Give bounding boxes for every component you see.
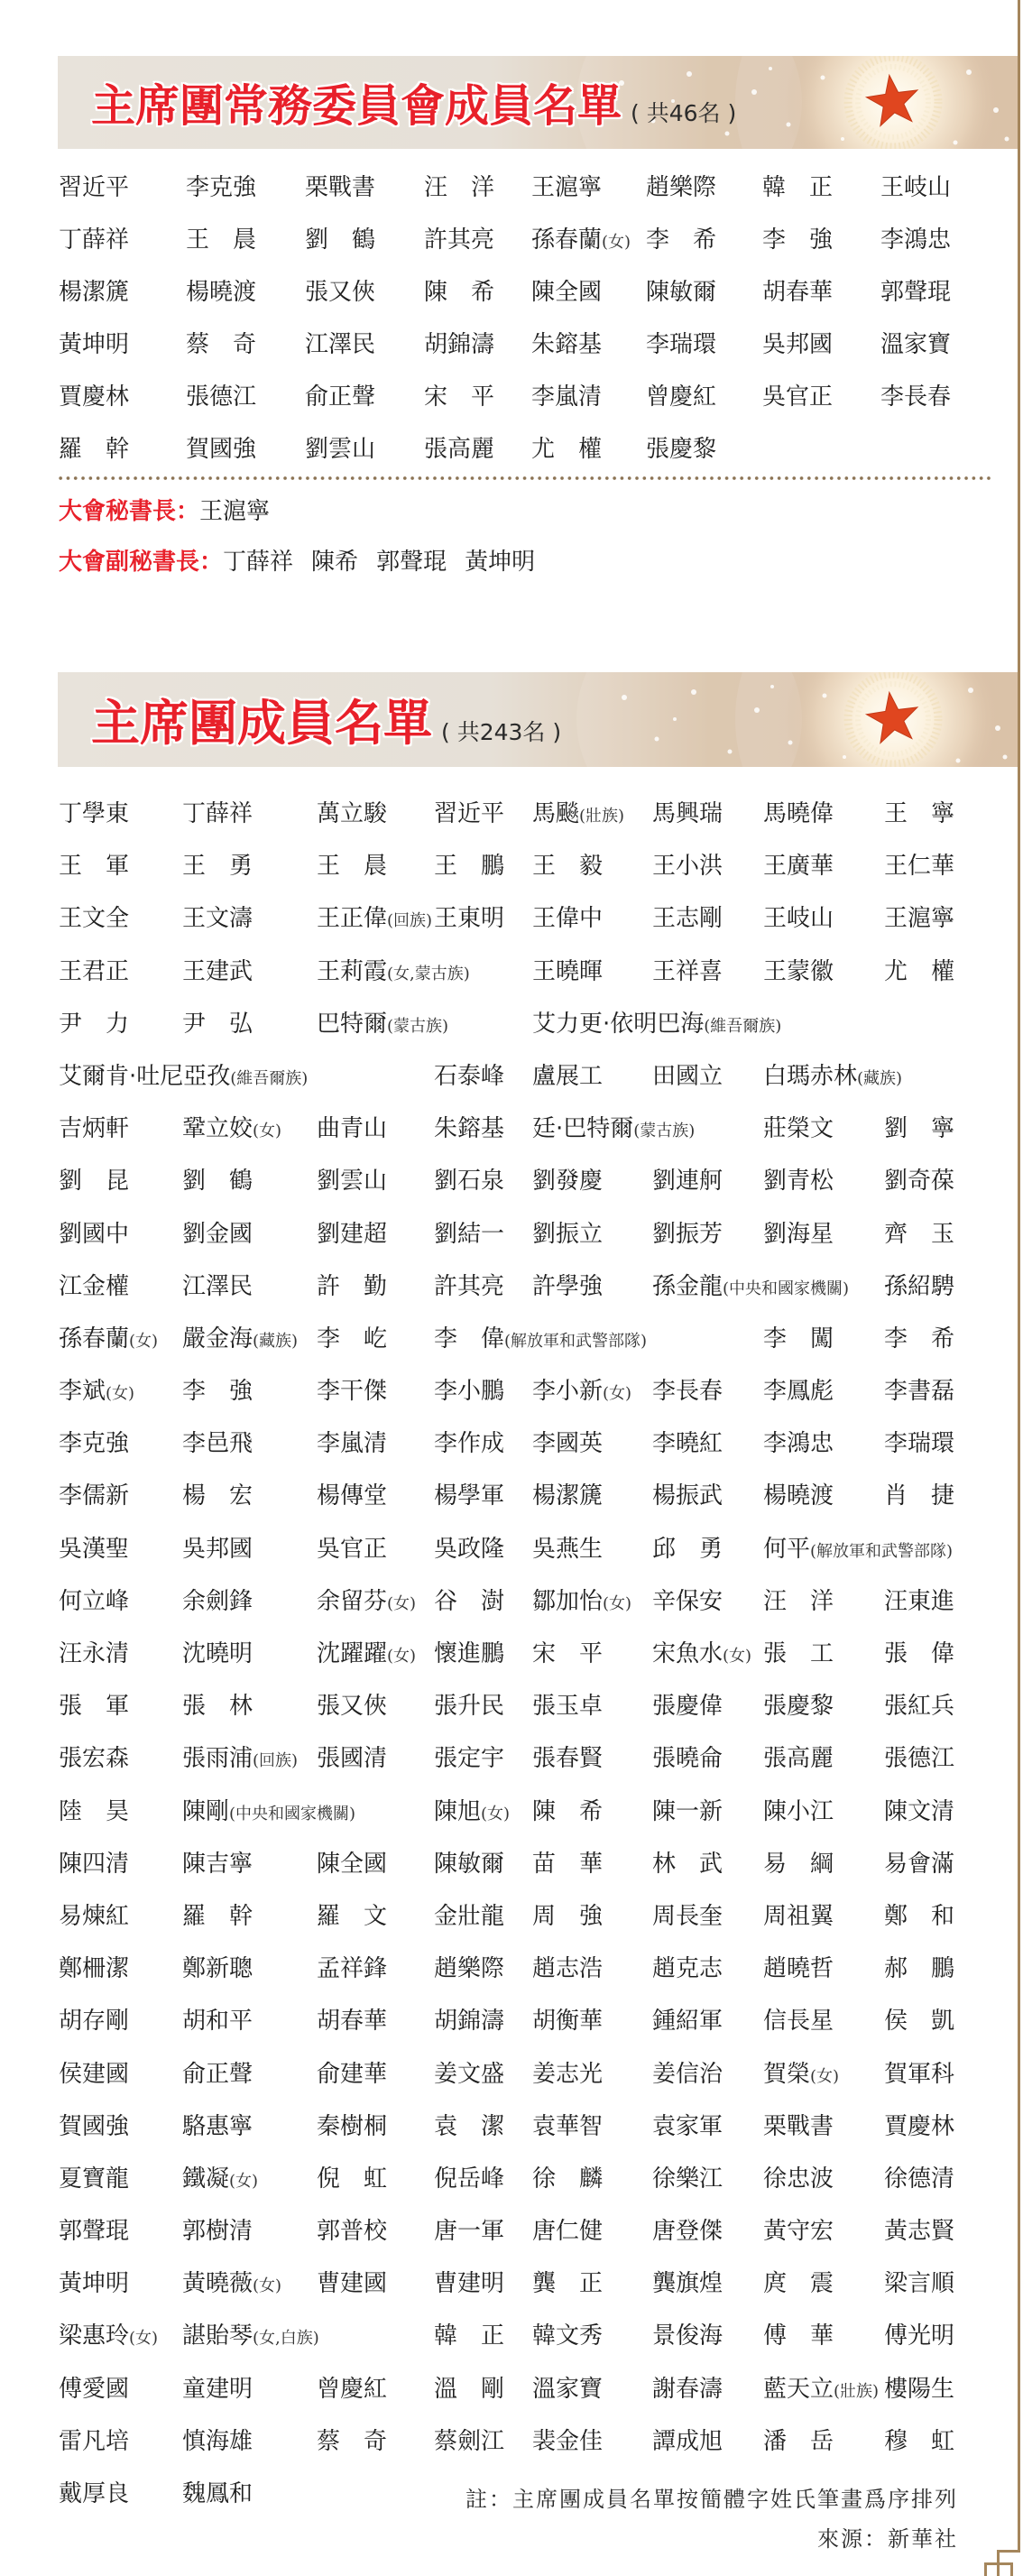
- member-name: 劉石泉: [434, 1168, 504, 1195]
- member-name: 劉 昆: [59, 1168, 129, 1195]
- member-cell: 江金權: [59, 1260, 129, 1313]
- member-name: 王正偉: [317, 905, 387, 932]
- member-cell: 楊振武: [652, 1470, 723, 1522]
- member-cell: 胡春華: [317, 1995, 387, 2047]
- member-name: 李邑飛: [182, 1430, 253, 1457]
- member-cell: 李 強: [182, 1365, 253, 1417]
- member-name: 吳官正: [762, 383, 833, 411]
- member-annotation: (中央和國家機關): [723, 1279, 849, 1298]
- member-cell: 張 軍: [59, 1680, 129, 1732]
- member-cell: 陳四清: [59, 1838, 129, 1890]
- member-name: 汪東進: [884, 1588, 954, 1615]
- member-name: 鄭柵潔: [59, 1955, 129, 1982]
- deputy-secretaries-label: 大會副秘書長: [59, 549, 199, 576]
- member-name: 孟祥鋒: [317, 1955, 387, 1982]
- member-annotation: (女): [253, 1122, 281, 1140]
- member-name: 張慶黎: [763, 1693, 834, 1720]
- member-name: 裴金佳: [532, 2428, 603, 2455]
- member-annotation: (藏族): [857, 1069, 902, 1088]
- member-name: 陳 希: [424, 279, 494, 306]
- member-cell: 尤 權: [531, 423, 602, 475]
- member-cell: 姜信治: [652, 2048, 723, 2101]
- member-name: 張高麗: [424, 436, 494, 463]
- name-row: 張 軍張 林張又俠張升民張玉卓張慶偉張慶黎張紅兵: [0, 1680, 1023, 1732]
- member-name: 莊榮文: [763, 1115, 834, 1142]
- member-name: 吳漢聖: [59, 1536, 129, 1563]
- name-row: 梁惠玲(女)諶貽琴(女,白族)韓 正韓文秀景俊海傅 華傅光明: [0, 2310, 1023, 2362]
- member-cell: 李克強: [186, 162, 256, 214]
- member-cell: 周長奎: [652, 1890, 723, 1943]
- member-cell: 劉振芳: [652, 1208, 723, 1260]
- member-name: 駱惠寧: [182, 2113, 253, 2140]
- member-cell: 黃坤明: [59, 319, 129, 371]
- member-cell: 趙克志: [652, 1943, 723, 1995]
- member-name: 侯建國: [59, 2061, 129, 2088]
- member-name: 王莉霞: [317, 958, 387, 985]
- member-cell: 邱 勇: [652, 1523, 723, 1575]
- member-cell: 鄭 和: [884, 1890, 954, 1943]
- member-cell: 俞正聲: [182, 2048, 253, 2101]
- member-cell: 劉奇葆: [884, 1155, 954, 1207]
- name-row: 王 軍王 勇王 晨王 鵬王 毅王小洪王廣華王仁華: [0, 840, 1023, 892]
- member-name: 曹建國: [317, 2270, 387, 2297]
- member-cell: 周 強: [532, 1890, 603, 1943]
- member-cell: 郭樹清: [182, 2205, 253, 2257]
- member-name: 楊曉渡: [186, 279, 256, 306]
- name-row: 劉 昆劉 鶴劉雲山劉石泉劉發慶劉連舸劉青松劉奇葆: [0, 1155, 1023, 1207]
- member-cell: 李小新(女): [532, 1365, 631, 1417]
- member-name: 習近平: [434, 800, 504, 827]
- member-name: 李 偉: [434, 1325, 504, 1353]
- member-name: 李瑞環: [884, 1430, 954, 1457]
- member-name: 蔡 奇: [317, 2428, 387, 2455]
- member-cell: 賀軍科: [884, 2048, 954, 2101]
- member-cell: 許學強: [532, 1260, 603, 1313]
- member-cell: 趙樂際: [434, 1943, 504, 1995]
- member-cell: 王岐山: [880, 162, 951, 214]
- member-cell: 汪 洋: [424, 162, 494, 214]
- member-cell: 孫春蘭(女): [531, 214, 631, 266]
- member-name: 金壯龍: [434, 1903, 504, 1930]
- member-cell: 裴金佳: [532, 2415, 603, 2468]
- member-name: 吳邦國: [762, 331, 833, 358]
- member-name: 廷·巴特爾: [532, 1115, 633, 1142]
- member-cell: 習近平: [59, 162, 129, 214]
- member-cell: 王正偉(回族): [317, 892, 432, 945]
- name-row: 陳四清陳吉寧陳全國陳敏爾苗 華林 武易 綱易會滿: [0, 1838, 1023, 1890]
- member-name: 習近平: [59, 174, 129, 201]
- member-name: 信長星: [763, 2008, 834, 2035]
- member-name: 賈慶林: [884, 2113, 954, 2140]
- member-name: 俞正聲: [305, 383, 375, 411]
- member-name: 劉連舸: [652, 1168, 723, 1195]
- member-name: 田國立: [652, 1063, 723, 1090]
- member-cell: 賈慶林: [884, 2101, 954, 2153]
- member-cell: 劉連舸: [652, 1155, 723, 1207]
- member-cell: 王 勇: [182, 840, 253, 892]
- member-name: 李曉紅: [652, 1430, 723, 1457]
- member-name: 溫家寶: [532, 2376, 603, 2403]
- member-name: 黃坤明: [59, 331, 129, 358]
- member-cell: 韓 正: [434, 2310, 504, 2362]
- member-name: 沈曉明: [182, 1640, 253, 1667]
- member-cell: 景俊海: [652, 2310, 723, 2362]
- member-name: 胡和平: [182, 2008, 253, 2035]
- member-cell: 王偉中: [532, 892, 603, 945]
- member-name: 江澤民: [305, 331, 375, 358]
- member-name: 馬曉偉: [763, 800, 834, 827]
- member-name: 劉雲山: [305, 436, 375, 463]
- member-cell: 孫金龍(中央和國家機關): [652, 1260, 849, 1313]
- member-name: 諶貽琴: [182, 2322, 253, 2350]
- member-name: 王曉暉: [532, 958, 603, 985]
- member-cell: 陳小江: [763, 1786, 834, 1838]
- member-cell: 陳敏爾: [434, 1838, 504, 1890]
- member-cell: 沈躍躍(女): [317, 1628, 416, 1680]
- member-name: 夏寶龍: [59, 2165, 129, 2193]
- member-name: 溫 剛: [434, 2376, 504, 2403]
- member-cell: 張慶黎: [763, 1680, 834, 1732]
- member-name: 張紅兵: [884, 1693, 954, 1720]
- member-name: 賀國強: [186, 436, 256, 463]
- member-name: 黃坤明: [59, 2270, 129, 2297]
- footnote: 註：主席團成員名單按簡體字姓氏筆畫爲序排列: [465, 2484, 958, 2515]
- name-row: 陸 昊陳剛(中央和國家機關)陳旭(女)陳 希陳一新陳小江陳文清: [0, 1786, 1023, 1838]
- member-name: 吳邦國: [182, 1536, 253, 1563]
- frame-line: [1018, 0, 1020, 2553]
- presidium-banner: 主席團成員名單 ( 共243名 ): [58, 672, 1018, 767]
- member-name: 李國英: [532, 1430, 603, 1457]
- member-annotation: (中央和國家機關): [229, 1805, 355, 1824]
- member-name: 劉振芳: [652, 1221, 723, 1248]
- member-name: 辛保安: [652, 1588, 723, 1615]
- member-name: 郭聲琨: [59, 2218, 129, 2245]
- member-name: 景俊海: [652, 2322, 723, 2350]
- member-cell: 陳 希: [532, 1786, 603, 1838]
- member-cell: 李鳳彪: [763, 1365, 834, 1417]
- member-name: 王建武: [182, 958, 253, 985]
- member-name: 李書磊: [884, 1378, 954, 1405]
- member-name: 李克強: [59, 1430, 129, 1457]
- deputy-secretary-name: 丁薛祥: [223, 549, 293, 576]
- member-name: 吳燕生: [532, 1536, 603, 1563]
- member-name: 蔡劍江: [434, 2428, 504, 2455]
- name-row: 吳漢聖吳邦國吳官正吳政隆吳燕生邱 勇何平(解放軍和武警部隊): [0, 1523, 1023, 1575]
- member-name: 艾爾肯·吐尼亞孜: [59, 1063, 230, 1090]
- member-name: 陳剛: [182, 1798, 229, 1825]
- member-cell: 栗戰書: [763, 2101, 834, 2153]
- member-name: 王 毅: [532, 853, 603, 880]
- member-name: 曲青山: [317, 1115, 387, 1142]
- member-name: 丁學東: [59, 800, 129, 827]
- member-name: 汪 洋: [763, 1588, 834, 1615]
- name-row: 丁學東丁薛祥萬立駿習近平馬飈(壯族)馬興瑞馬曉偉王 寧: [0, 788, 1023, 840]
- member-name: 陳全國: [317, 1851, 387, 1878]
- member-name: 張高麗: [763, 1745, 834, 1772]
- member-cell: 周祖翼: [763, 1890, 834, 1943]
- member-cell: 王曉暉: [532, 946, 603, 998]
- member-cell: 栗戰書: [305, 162, 375, 214]
- member-cell: 賈慶林: [59, 371, 129, 423]
- member-name: 袁家軍: [652, 2113, 723, 2140]
- member-cell: 王祥喜: [652, 946, 723, 998]
- member-cell: 李 希: [884, 1313, 954, 1365]
- frame-corner-box: [984, 2562, 1013, 2576]
- member-name: 許學強: [532, 1273, 603, 1300]
- member-cell: 李邑飛: [182, 1417, 253, 1470]
- member-cell: 傅 華: [763, 2310, 834, 2362]
- member-name: 李 希: [646, 226, 716, 254]
- name-row: 傅愛國童建明曾慶紅溫 剛溫家寶謝春濤藍天立(壯族)樓陽生: [0, 2363, 1023, 2415]
- member-name: 李儒新: [59, 1482, 129, 1510]
- member-name: 秦樹桐: [317, 2113, 387, 2140]
- name-row: 劉國中劉金國劉建超劉結一劉振立劉振芳劉海星齊 玉: [0, 1208, 1023, 1260]
- member-name: 郭聲琨: [880, 279, 951, 306]
- member-cell: 陳敏爾: [646, 266, 716, 319]
- name-row: 賀國強駱惠寧秦樹桐袁 潔袁華智袁家軍栗戰書賈慶林: [0, 2101, 1023, 2153]
- member-cell: 艾力更·依明巴海(維吾爾族): [532, 998, 781, 1050]
- name-row: 夏寶龍鐵凝(女)倪 虹倪岳峰徐 麟徐樂江徐忠波徐德清: [0, 2153, 1023, 2205]
- member-cell: 陳全國: [531, 266, 602, 319]
- member-cell: 韓文秀: [532, 2310, 603, 2362]
- member-cell: 白瑪赤林(藏族): [763, 1050, 902, 1103]
- name-row: 汪永清沈曉明沈躍躍(女)懷進鵬宋 平宋魚水(女)張 工張 偉: [0, 1628, 1023, 1680]
- member-cell: 趙曉哲: [763, 1943, 834, 1995]
- member-cell: 張紅兵: [884, 1680, 954, 1732]
- member-name: 潘 岳: [763, 2428, 834, 2455]
- member-name: 楊振武: [652, 1482, 723, 1510]
- member-name: 陳旭: [434, 1798, 481, 1825]
- member-annotation: (女,蒙古族): [387, 965, 470, 983]
- member-cell: 童建明: [182, 2363, 253, 2415]
- member-name: 鄭 和: [884, 1903, 954, 1930]
- member-name: 劉雲山: [317, 1168, 387, 1195]
- name-row: 李儒新楊 宏楊傳堂楊學軍楊潔篪楊振武楊曉渡肖 捷: [0, 1470, 1023, 1522]
- member-cell: 汪東進: [884, 1575, 954, 1628]
- member-name: 尹 弘: [182, 1011, 253, 1038]
- member-cell: 溫 剛: [434, 2363, 504, 2415]
- member-name: 雷凡培: [59, 2428, 129, 2455]
- member-name: 戴厚良: [59, 2480, 129, 2507]
- member-name: 楊 宏: [182, 1482, 253, 1510]
- member-name: 易 綱: [763, 1851, 834, 1878]
- member-cell: 俞正聲: [305, 371, 375, 423]
- member-name: 劉奇葆: [884, 1168, 954, 1195]
- member-annotation: (維吾爾族): [230, 1069, 308, 1088]
- member-annotation: (蒙古族): [633, 1122, 695, 1140]
- member-cell: 溫家寶: [880, 319, 951, 371]
- member-name: 宋 平: [532, 1640, 603, 1667]
- member-name: 郭樹清: [182, 2218, 253, 2245]
- member-name: 李瑞環: [646, 331, 716, 358]
- member-name: 王小洪: [652, 853, 723, 880]
- member-cell: 王君正: [59, 946, 129, 998]
- member-cell: 吳邦國: [182, 1523, 253, 1575]
- member-cell: 王滬寧: [531, 162, 602, 214]
- member-name: 張玉卓: [532, 1693, 603, 1720]
- member-cell: 張國清: [317, 1732, 387, 1785]
- member-name: 徐樂江: [652, 2165, 723, 2193]
- member-name: 胡衡華: [532, 2008, 603, 2035]
- member-cell: 賀國強: [59, 2101, 129, 2153]
- member-annotation: (女): [253, 2276, 281, 2295]
- member-name: 劉金國: [182, 1221, 253, 1248]
- member-name: 賀國強: [59, 2113, 129, 2140]
- member-name: 樓陽生: [884, 2376, 954, 2403]
- member-name: 張 林: [182, 1693, 253, 1720]
- member-cell: 金壯龍: [434, 1890, 504, 1943]
- member-cell: 黃守宏: [763, 2205, 834, 2257]
- member-cell: 胡春華: [762, 266, 833, 319]
- member-name: 王祥喜: [652, 958, 723, 985]
- member-cell: 余留芬(女): [317, 1575, 416, 1628]
- member-name: 余劍鋒: [182, 1588, 253, 1615]
- name-row: 雷凡培慎海雄蔡 奇蔡劍江裴金佳譚成旭潘 岳穆 虹: [0, 2415, 1023, 2468]
- member-name: 庹 震: [763, 2270, 834, 2297]
- member-name: 劉 鶴: [182, 1168, 253, 1195]
- member-cell: 胡錦濤: [424, 319, 494, 371]
- member-name: 張 軍: [59, 1693, 129, 1720]
- member-cell: 李書磊: [884, 1365, 954, 1417]
- member-cell: 傅光明: [884, 2310, 954, 2362]
- member-cell: 王仁華: [884, 840, 954, 892]
- member-cell: 胡存剛: [59, 1995, 129, 2047]
- member-annotation: (解放軍和武警部隊): [810, 1542, 953, 1561]
- member-cell: 張春賢: [532, 1732, 603, 1785]
- member-cell: 戴厚良: [59, 2468, 129, 2520]
- member-name: 穆 虹: [884, 2428, 954, 2455]
- member-cell: 王 鵬: [434, 840, 504, 892]
- member-cell: 李長春: [880, 371, 951, 423]
- member-cell: 劉雲山: [305, 423, 375, 475]
- name-row: 黃坤明蔡 奇江澤民胡錦濤朱鎔基李瑞環吳邦國溫家寶: [0, 319, 1023, 371]
- member-cell: 張升民: [434, 1680, 504, 1732]
- member-cell: 李 希: [646, 214, 716, 266]
- member-cell: 鐵凝(女): [182, 2153, 258, 2205]
- member-cell: 李鴻忠: [880, 214, 951, 266]
- member-name: 韓 正: [434, 2322, 504, 2350]
- member-cell: 唐仁健: [532, 2205, 603, 2257]
- name-row: 賈慶林張德江俞正聲宋 平李嵐清曾慶紅吳官正李長春: [0, 371, 1023, 423]
- member-name: 朱鎔基: [531, 331, 602, 358]
- member-name: 許其亮: [424, 226, 494, 254]
- member-name: 藍天立: [763, 2376, 834, 2403]
- member-cell: 譚成旭: [652, 2415, 723, 2468]
- member-cell: 張定宇: [434, 1732, 504, 1785]
- member-name: 倪岳峰: [434, 2165, 504, 2193]
- member-name: 賈慶林: [59, 383, 129, 411]
- member-cell: 尹 弘: [182, 998, 253, 1050]
- member-name: 李作成: [434, 1430, 504, 1457]
- member-cell: 陳 希: [424, 266, 494, 319]
- member-cell: 宋 平: [532, 1628, 603, 1680]
- member-name: 王岐山: [880, 174, 951, 201]
- member-name: 楊曉渡: [763, 1482, 834, 1510]
- member-name: 吳官正: [317, 1536, 387, 1563]
- member-annotation: (女): [481, 1805, 510, 1824]
- member-cell: 劉海星: [763, 1208, 834, 1260]
- member-name: 王 勇: [182, 853, 253, 880]
- member-name: 侯 凱: [884, 2008, 954, 2035]
- member-cell: 李干傑: [317, 1365, 387, 1417]
- member-annotation: (女): [723, 1647, 751, 1666]
- member-name: 丁薛祥: [59, 226, 129, 254]
- member-name: 傅光明: [884, 2322, 954, 2350]
- member-cell: 蔡劍江: [434, 2415, 504, 2468]
- member-cell: 謝春濤: [652, 2363, 723, 2415]
- member-name: 李嵐清: [531, 383, 602, 411]
- banner-title-wrap: 主席團成員名單 ( 共243名 ): [91, 672, 561, 767]
- member-name: 王東明: [434, 905, 504, 932]
- member-name: 陳吉寧: [182, 1851, 253, 1878]
- member-name: 盧展工: [532, 1063, 603, 1090]
- member-cell: 袁家軍: [652, 2101, 723, 2153]
- presidium-list: 丁學東丁薛祥萬立駿習近平馬飈(壯族)馬興瑞馬曉偉王 寧王 軍王 勇王 晨王 鵬王…: [0, 788, 1023, 2520]
- member-name: 陳一新: [652, 1798, 723, 1825]
- member-name: 邱 勇: [652, 1536, 723, 1563]
- member-cell: 張高麗: [424, 423, 494, 475]
- member-name: 王蒙徽: [763, 958, 834, 985]
- member-name: 陳四清: [59, 1851, 129, 1878]
- member-cell: 孫春蘭(女): [59, 1313, 158, 1365]
- member-annotation: (回族): [387, 911, 432, 930]
- member-cell: 姜文盛: [434, 2048, 504, 2101]
- member-cell: 吉炳軒: [59, 1103, 129, 1155]
- member-cell: 龔 正: [532, 2257, 603, 2310]
- member-name: 張又俠: [305, 279, 375, 306]
- member-cell: 王 寧: [884, 788, 954, 840]
- member-name: 尹 力: [59, 1011, 129, 1038]
- member-cell: 曾慶紅: [646, 371, 716, 423]
- member-name: 艾力更·依明巴海: [532, 1011, 704, 1038]
- member-cell: 劉 鶴: [305, 214, 375, 266]
- member-name: 張德江: [884, 1745, 954, 1772]
- member-name: 肖 捷: [884, 1482, 954, 1510]
- member-name: 何立峰: [59, 1588, 129, 1615]
- member-cell: 劉國中: [59, 1208, 129, 1260]
- member-annotation: (女,白族): [253, 2329, 319, 2348]
- member-name: 胡錦濤: [424, 331, 494, 358]
- member-cell: 吳漢聖: [59, 1523, 129, 1575]
- member-cell: 曲青山: [317, 1103, 387, 1155]
- member-cell: 羅 幹: [59, 423, 129, 475]
- member-cell: 陳剛(中央和國家機關): [182, 1786, 355, 1838]
- member-cell: 梁惠玲(女): [59, 2310, 158, 2362]
- member-annotation: (女): [129, 2329, 158, 2348]
- name-row: 李克強李邑飛李嵐清李作成李國英李曉紅李鴻忠李瑞環: [0, 1417, 1023, 1470]
- member-name: 栗戰書: [305, 174, 375, 201]
- deputy-secretary-name: 郭聲琨: [376, 549, 447, 576]
- colon: ：: [199, 549, 223, 576]
- member-cell: 徐樂江: [652, 2153, 723, 2205]
- member-name: 王文濤: [182, 905, 253, 932]
- member-cell: 林 武: [652, 1838, 723, 1890]
- member-name: 慎海雄: [182, 2428, 253, 2455]
- member-cell: 徐忠波: [763, 2153, 834, 2205]
- member-cell: 張高麗: [763, 1732, 834, 1785]
- member-name: 楊學軍: [434, 1482, 504, 1510]
- member-count: ( 共46名 ): [631, 96, 736, 128]
- banner-title-wrap: 主席團常務委員會成員名單 ( 共46名 ): [91, 56, 736, 149]
- member-cell: 王小洪: [652, 840, 723, 892]
- member-cell: 陸 昊: [59, 1786, 129, 1838]
- member-name: 張升民: [434, 1693, 504, 1720]
- member-name: 劉國中: [59, 1221, 129, 1248]
- member-cell: 朱鎔基: [434, 1103, 504, 1155]
- member-cell: 李作成: [434, 1417, 504, 1470]
- member-cell: 庹 震: [763, 2257, 834, 2310]
- member-cell: 陳吉寧: [182, 1838, 253, 1890]
